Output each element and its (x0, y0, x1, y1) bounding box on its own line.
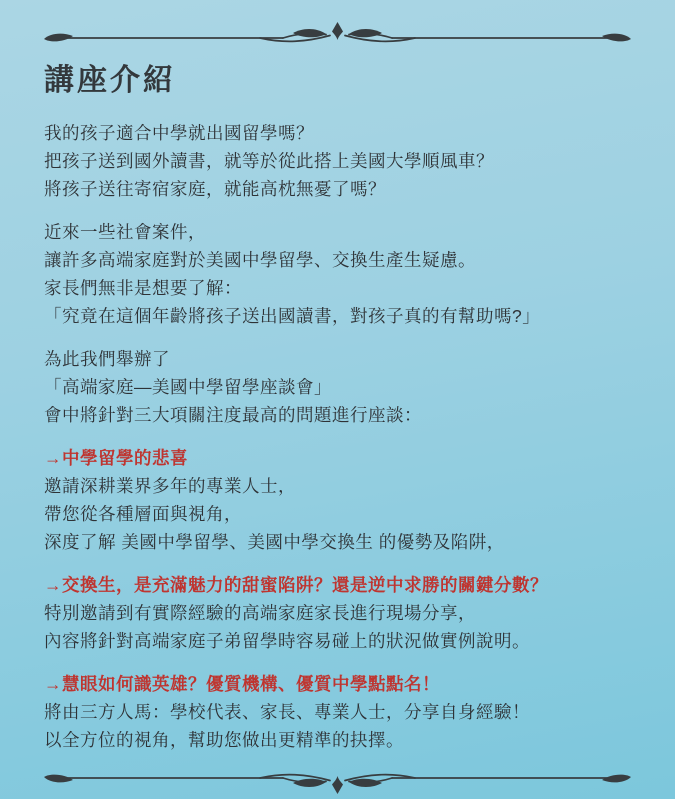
flourish-ornament-icon (40, 21, 635, 47)
section-paragraph: →慧眼如何識英雄？優質機構、優質中學點點名！將由三方人馬：學校代表、家長、專業人… (44, 670, 635, 754)
text-line: 會中將針對三大項關注度最高的問題進行座談： (44, 401, 635, 429)
text-line: 以全方位的視角，幫助您做出更精準的抉擇。 (44, 726, 635, 754)
text-line: 把孩子送到國外讀書，就等於從此搭上美國大學順風車？ (44, 147, 635, 175)
top-flourish-divider (40, 21, 635, 47)
text-line: 「究竟在這個年齡將孩子送出國讀書，對孩子真的有幫助嗎?」 (44, 302, 635, 330)
body-paragraph: 為此我們舉辦了「高端家庭—美國中學留學座談會」會中將針對三大項關注度最高的問題進… (44, 345, 635, 429)
text-line: 為此我們舉辦了 (44, 345, 635, 373)
text-line: 讓許多高端家庭對於美國中學留學、交換生產生疑慮。 (44, 246, 635, 274)
text-line: 深度了解 美國中學留學、美國中學交換生 的優勢及陷阱， (44, 528, 635, 556)
flourish-ornament-icon (40, 769, 635, 795)
page-title: 講座介紹 (44, 55, 635, 99)
section-heading: →交換生，是充滿魅力的甜蜜陷阱？還是逆中求勝的關鍵分數？ (44, 571, 635, 599)
text-line: 近來一些社會案件， (44, 218, 635, 246)
section-heading: →中學留學的悲喜 (44, 444, 635, 472)
section-heading: →慧眼如何識英雄？優質機構、優質中學點點名！ (44, 670, 635, 698)
text-line: 帶您從各種層面與視角， (44, 500, 635, 528)
text-line: 將由三方人馬：學校代表、家長、專業人士，分享自身經驗！ (44, 698, 635, 726)
text-line: 特別邀請到有實際經驗的高端家庭家長進行現場分享， (44, 599, 635, 627)
text-line: 我的孩子適合中學就出國留學嗎？ (44, 119, 635, 147)
section-paragraph: →交換生，是充滿魅力的甜蜜陷阱？還是逆中求勝的關鍵分數？特別邀請到有實際經驗的高… (44, 571, 635, 655)
body-paragraph: 近來一些社會案件，讓許多高端家庭對於美國中學留學、交換生產生疑慮。家長們無非是想… (44, 218, 635, 330)
section-paragraph: →中學留學的悲喜邀請深耕業界多年的專業人士，帶您從各種層面與視角，深度了解 美國… (44, 444, 635, 556)
text-line: 「高端家庭—美國中學留學座談會」 (44, 373, 635, 401)
text-line: 內容將針對高端家庭子弟留學時容易碰上的狀況做實例說明。 (44, 627, 635, 655)
text-line: 將孩子送往寄宿家庭，就能高枕無憂了嗎？ (44, 175, 635, 203)
bottom-flourish-divider (40, 769, 635, 795)
flyer-body-text: 我的孩子適合中學就出國留學嗎？把孩子送到國外讀書，就等於從此搭上美國大學順風車？… (44, 119, 635, 769)
text-line: 家長們無非是想要了解： (44, 274, 635, 302)
text-line: 邀請深耕業界多年的專業人士， (44, 472, 635, 500)
body-paragraph: 我的孩子適合中學就出國留學嗎？把孩子送到國外讀書，就等於從此搭上美國大學順風車？… (44, 119, 635, 203)
flyer-page: 講座介紹 我的孩子適合中學就出國留學嗎？把孩子送到國外讀書，就等於從此搭上美國大… (0, 0, 675, 799)
